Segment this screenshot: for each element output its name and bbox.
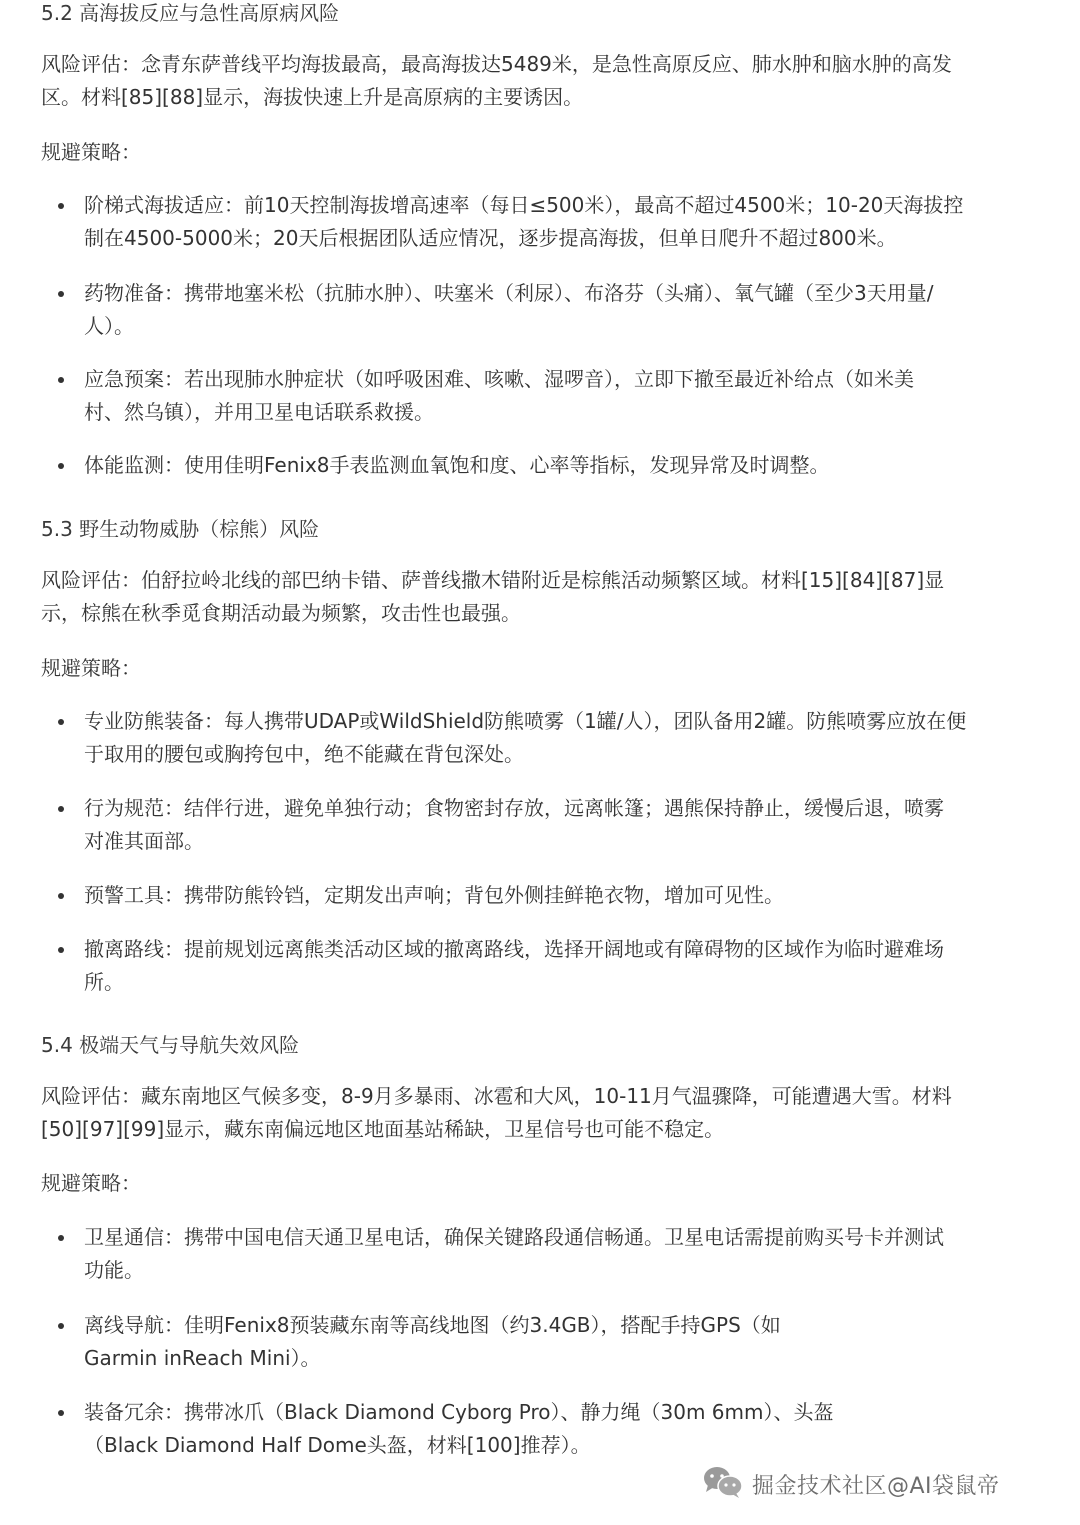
bullet-icon — [72, 1396, 78, 1429]
strategy-label: 规避策略： — [41, 652, 141, 685]
list-item: 离线导航：佳明Fenix8预装藏东南等高线地图（约3.4GB），搭配手持GPS（… — [84, 1309, 781, 1375]
list-item: 预警工具：携带防熊铃铛，定期发出声响；背包外侧挂鲜艳衣物，增加可见性。 — [84, 879, 784, 912]
section-heading: 5.2 高海拔反应与急性高原病风险 — [41, 0, 339, 26]
list-item: 撤离路线：提前规划远离熊类活动区域的撤离路线，选择开阔地或有障碍物的区域作为临时… — [84, 933, 944, 999]
bullet-icon — [72, 189, 78, 222]
bullet-icon — [72, 1221, 78, 1254]
bullet-icon — [72, 277, 78, 310]
list-item: 体能监测：使用佳明Fenix8手表监测血氧饱和度、心率等指标，发现异常及时调整。 — [84, 449, 830, 482]
bullet-icon — [72, 705, 78, 738]
list-item: 阶梯式海拔适应：前10天控制海拔增高速率（每日≤500米），最高不超过4500米… — [84, 189, 963, 255]
list-item: 应急预案：若出现肺水肿症状（如呼吸困难、咳嗽、湿啰音），立即下撤至最近补给点（如… — [84, 363, 914, 429]
list-item: 专业防熊装备：每人携带UDAP或WildShield防熊喷雾（1罐/人），团队备… — [84, 705, 966, 771]
strategy-label: 规避策略： — [41, 136, 141, 169]
risk-assessment: 风险评估：伯舒拉岭北线的部巴纳卡错、萨普线撒木错附近是棕熊活动频繁区域。材料[1… — [41, 564, 944, 630]
list-item: 行为规范：结伴行进，避免单独行动；食物密封存放，远离帐篷；遇熊保持静止，缓慢后退… — [84, 792, 944, 858]
risk-assessment: 风险评估：念青东萨普线平均海拔最高，最高海拔达5489米，是急性高原反应、肺水肿… — [41, 48, 952, 114]
risk-assessment: 风险评估：藏东南地区气候多变，8-9月多暴雨、冰雹和大风，10-11月气温骤降，… — [41, 1080, 952, 1146]
bullet-icon — [72, 792, 78, 825]
list-item: 装备冗余：携带冰爪（Black Diamond Cyborg Pro）、静力绳（… — [84, 1396, 834, 1462]
section-heading: 5.3 野生动物威胁（棕熊）风险 — [41, 516, 319, 542]
bullet-icon — [72, 879, 78, 912]
list-item: 卫星通信：携带中国电信天通卫星电话，确保关键路段通信畅通。卫星电话需提前购买号卡… — [84, 1221, 944, 1287]
bullet-icon — [72, 449, 78, 482]
section-heading: 5.4 极端天气与导航失效风险 — [41, 1032, 299, 1058]
list-item: 药物准备：携带地塞米松（抗肺水肿）、呋塞米（利尿）、布洛芬（头痛）、氧气罐（至少… — [84, 277, 933, 343]
wechat-icon — [702, 1465, 744, 1503]
bullet-icon — [72, 933, 78, 966]
bullet-icon — [72, 1309, 78, 1342]
strategy-label: 规避策略： — [41, 1167, 141, 1200]
bullet-icon — [72, 363, 78, 396]
watermark: 掘金技术社区@AI袋鼠帝 — [702, 1466, 1000, 1502]
watermark-text: 掘金技术社区@AI袋鼠帝 — [752, 1469, 1000, 1500]
